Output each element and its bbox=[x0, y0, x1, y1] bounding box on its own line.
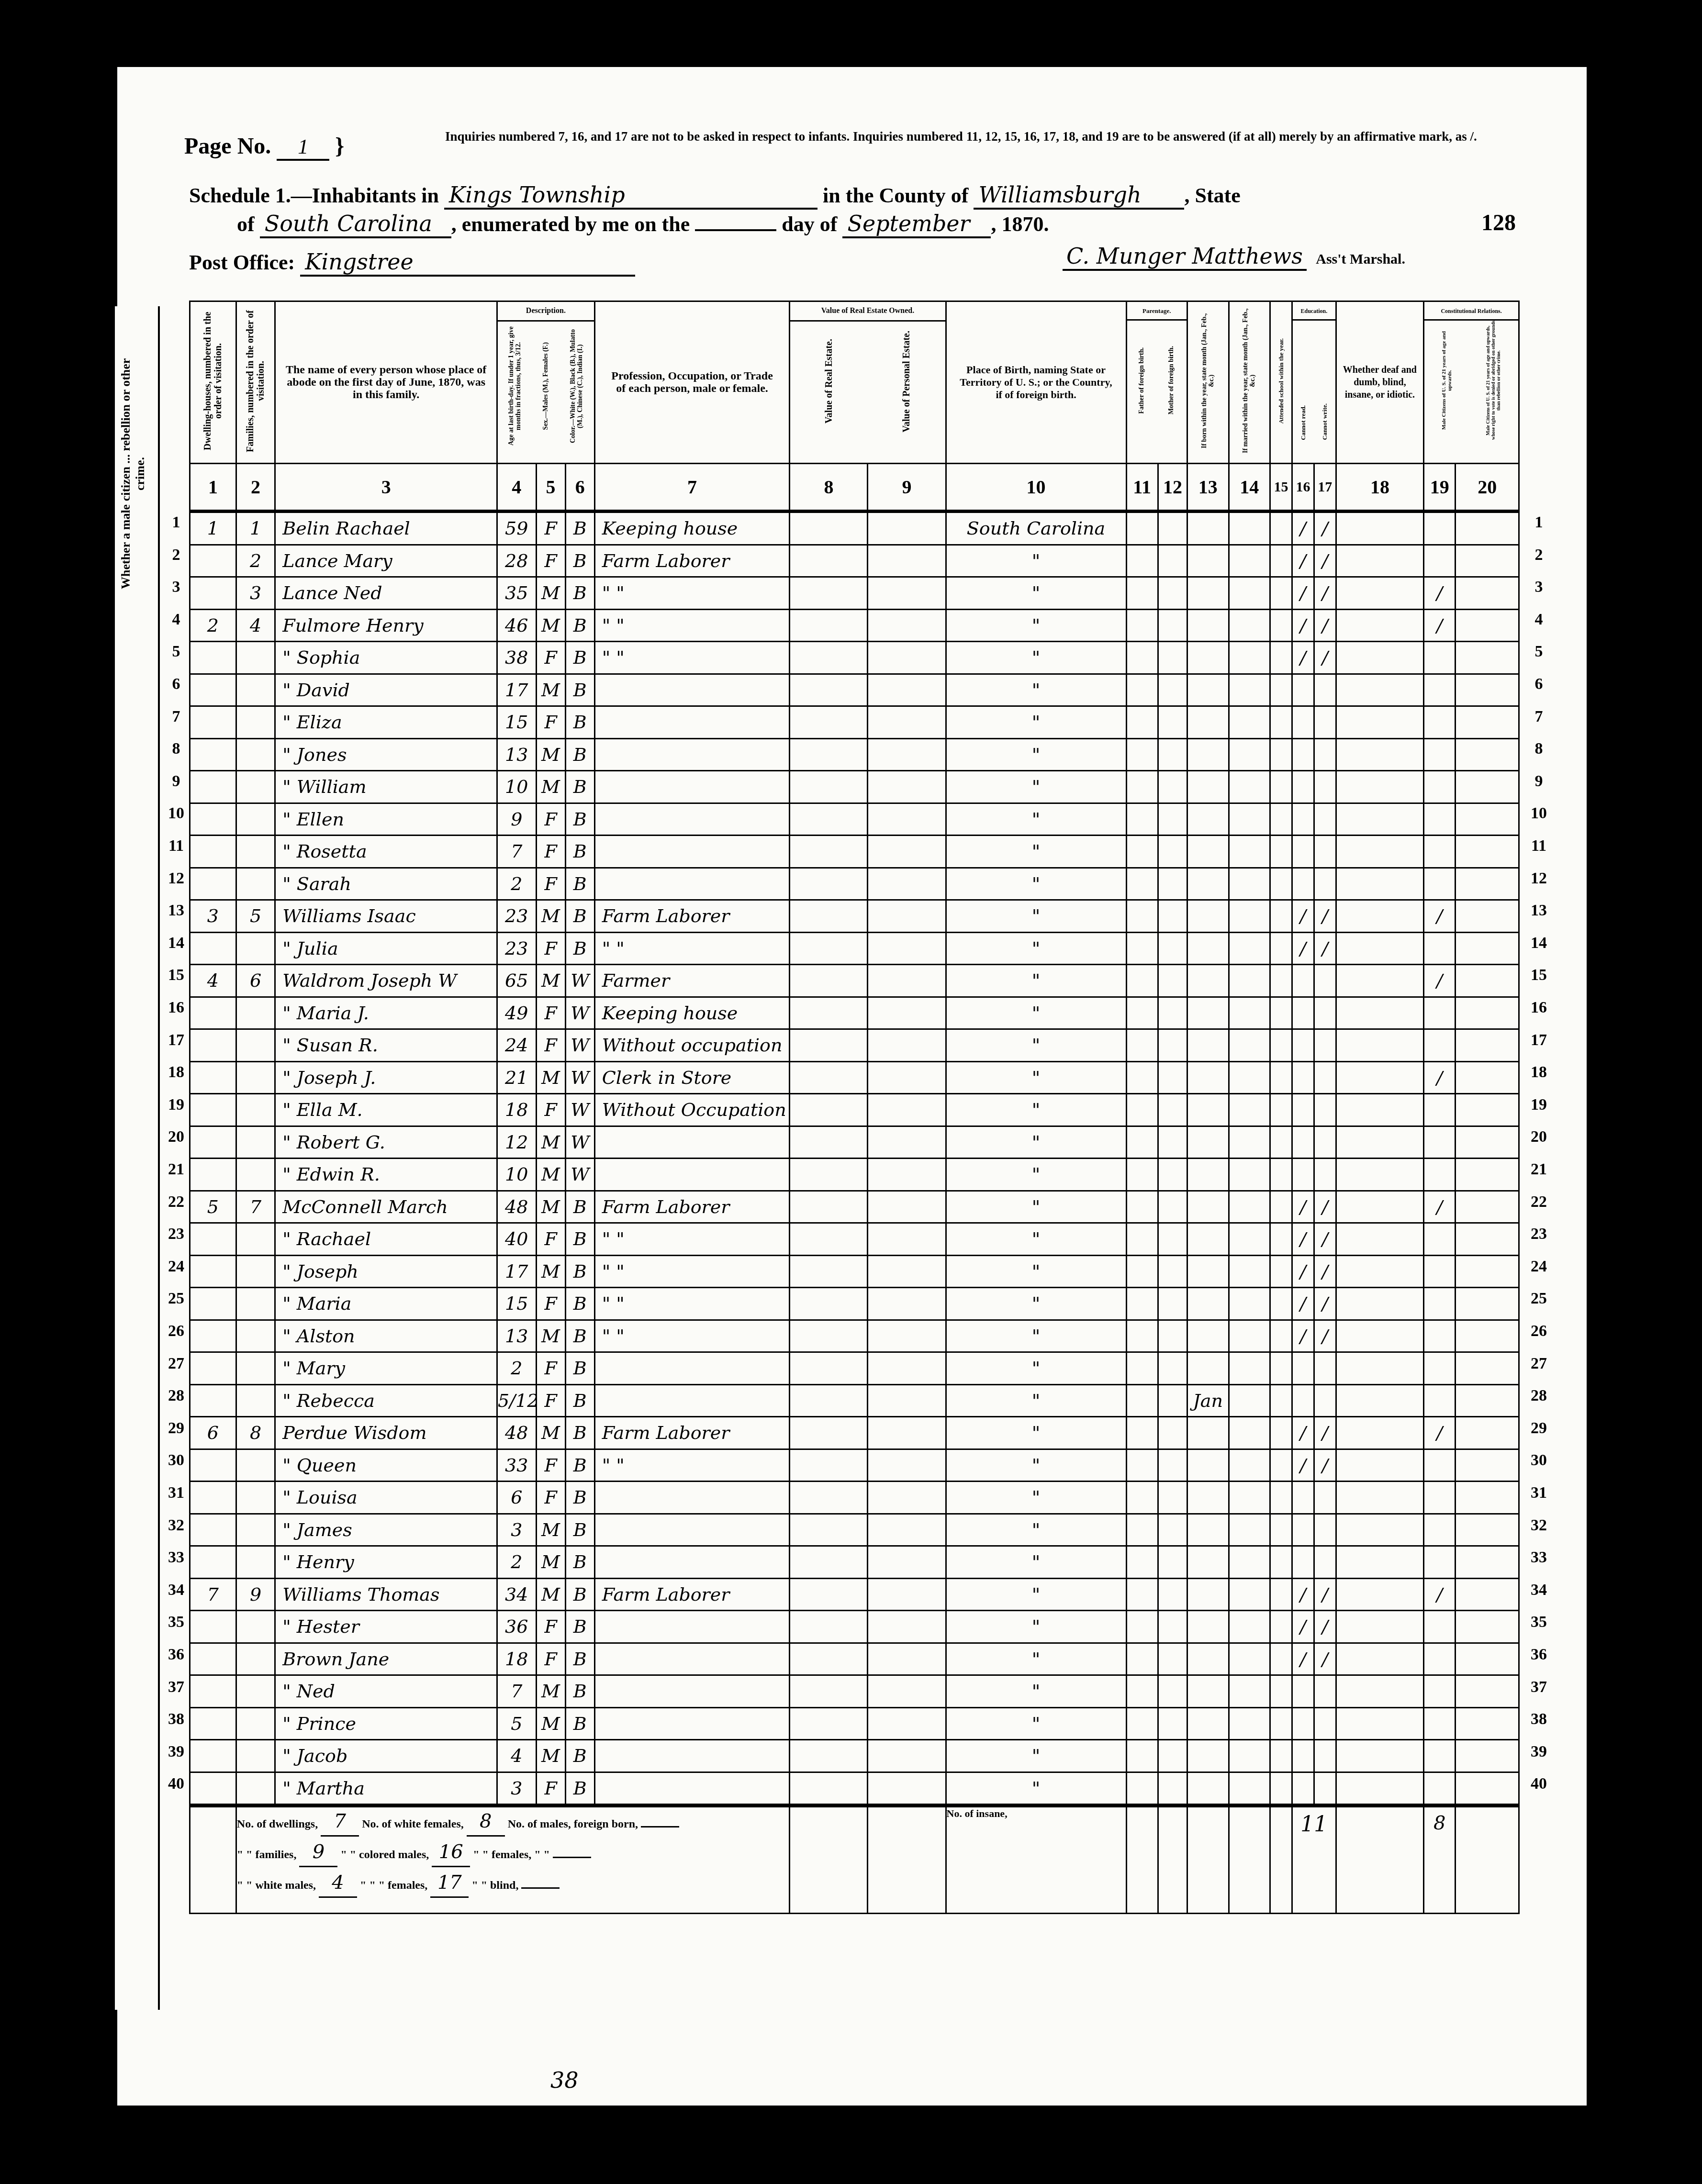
attended-school bbox=[1270, 965, 1292, 997]
father-foreign bbox=[1126, 738, 1158, 771]
census-row: Brown Jane18FB"// bbox=[190, 1643, 1519, 1675]
attended-school bbox=[1270, 1707, 1292, 1740]
father-foreign bbox=[1126, 1191, 1158, 1223]
occupation bbox=[594, 1707, 790, 1740]
mother-foreign bbox=[1158, 836, 1187, 868]
line-number: 33 bbox=[162, 1549, 190, 1567]
occupation: " " bbox=[594, 642, 790, 674]
sex: M bbox=[536, 1255, 565, 1288]
real-estate-value bbox=[790, 642, 868, 674]
married-within-year bbox=[1229, 1514, 1270, 1546]
line-number: 25 bbox=[1524, 1290, 1553, 1308]
born-within-year bbox=[1187, 1061, 1229, 1094]
month-field: September bbox=[842, 211, 991, 238]
born-within-year bbox=[1187, 545, 1229, 577]
line-number: 34 bbox=[162, 1581, 190, 1599]
schedule-line: Schedule 1.—Inhabitants in Kings Townshi… bbox=[189, 182, 1241, 210]
census-row: 11Belin Rachael59FBKeeping houseSouth Ca… bbox=[190, 512, 1519, 545]
father-foreign bbox=[1126, 997, 1158, 1029]
census-row: " James3MB" bbox=[190, 1514, 1519, 1546]
census-row: " Hester36FB"// bbox=[190, 1611, 1519, 1643]
male-citizen bbox=[1424, 738, 1456, 771]
sex: M bbox=[536, 1159, 565, 1191]
census-row: " Martha3FB" bbox=[190, 1772, 1519, 1805]
cannot-read: / bbox=[1292, 545, 1314, 577]
personal-estate-value bbox=[868, 674, 946, 706]
married-within-year bbox=[1229, 965, 1270, 997]
sex: F bbox=[536, 1384, 565, 1417]
father-foreign bbox=[1126, 1255, 1158, 1288]
family-number bbox=[236, 803, 275, 836]
birthplace: " bbox=[946, 1255, 1126, 1288]
day-of-label: day of bbox=[782, 212, 837, 236]
line-number: 29 bbox=[162, 1419, 190, 1437]
vote-denied bbox=[1456, 932, 1519, 965]
born-within-year bbox=[1187, 932, 1229, 965]
real-estate-value bbox=[790, 1384, 868, 1417]
real-estate-value bbox=[790, 900, 868, 933]
sex: M bbox=[536, 1061, 565, 1094]
line-number: 36 bbox=[1524, 1646, 1553, 1664]
person-name: " Julia bbox=[275, 932, 497, 965]
real-estate-value bbox=[790, 1191, 868, 1223]
real-estate-value bbox=[790, 1643, 868, 1675]
color: B bbox=[565, 1352, 594, 1385]
cannot-read bbox=[1292, 1126, 1314, 1159]
cannot-write: / bbox=[1314, 642, 1336, 674]
real-estate-value bbox=[790, 577, 868, 610]
occupation: Keeping house bbox=[594, 997, 790, 1029]
cannot-write bbox=[1314, 1126, 1336, 1159]
dwelling-number bbox=[190, 932, 236, 965]
occupation: Without occupation bbox=[594, 1029, 790, 1062]
col-header-6: Color.—White (W.), Black (B.), Mulatto (… bbox=[570, 322, 584, 451]
male-citizen bbox=[1424, 1482, 1456, 1514]
born-within-year bbox=[1187, 1320, 1229, 1352]
sex: F bbox=[536, 1223, 565, 1256]
disability bbox=[1336, 1061, 1423, 1094]
disability bbox=[1336, 900, 1423, 933]
mother-foreign bbox=[1158, 803, 1187, 836]
census-row: " Queen33FB" ""// bbox=[190, 1449, 1519, 1482]
mother-foreign bbox=[1158, 1546, 1187, 1579]
of-label: of bbox=[237, 212, 255, 236]
line-number: 17 bbox=[162, 1031, 190, 1049]
personal-estate-value bbox=[868, 1094, 946, 1126]
married-within-year bbox=[1229, 1740, 1270, 1772]
age: 24 bbox=[497, 1029, 536, 1062]
cannot-write bbox=[1314, 1352, 1336, 1385]
line-number: 12 bbox=[1524, 869, 1553, 888]
personal-estate-value bbox=[868, 1384, 946, 1417]
personal-estate-value bbox=[868, 1029, 946, 1062]
mother-foreign bbox=[1158, 1643, 1187, 1675]
mother-foreign bbox=[1158, 1611, 1187, 1643]
male-citizen bbox=[1424, 1126, 1456, 1159]
cannot-write bbox=[1314, 965, 1336, 997]
birthplace: " bbox=[946, 1740, 1126, 1772]
vote-denied bbox=[1456, 1126, 1519, 1159]
sex: M bbox=[536, 771, 565, 803]
occupation: Farm Laborer bbox=[594, 1578, 790, 1611]
cannot-write: / bbox=[1314, 1320, 1336, 1352]
personal-estate-value bbox=[868, 1320, 946, 1352]
cannot-read: / bbox=[1292, 1449, 1314, 1482]
census-row: 35Williams Isaac23MBFarm Laborer"/// bbox=[190, 900, 1519, 933]
col-header-14: If married within the year, state month … bbox=[1229, 301, 1270, 464]
family-number: 3 bbox=[236, 577, 275, 610]
color: B bbox=[565, 868, 594, 900]
color: B bbox=[565, 609, 594, 642]
disability bbox=[1336, 642, 1423, 674]
sex: M bbox=[536, 1126, 565, 1159]
disability bbox=[1336, 1772, 1423, 1805]
line-number: 20 bbox=[162, 1128, 190, 1146]
census-row: " Henry2MB" bbox=[190, 1546, 1519, 1579]
occupation bbox=[594, 1126, 790, 1159]
male-citizen bbox=[1424, 1159, 1456, 1191]
birthplace: " bbox=[946, 1611, 1126, 1643]
cannot-read: / bbox=[1292, 642, 1314, 674]
attended-school bbox=[1270, 932, 1292, 965]
attended-school bbox=[1270, 1643, 1292, 1675]
birthplace: " bbox=[946, 1191, 1126, 1223]
person-name: " Prince bbox=[275, 1707, 497, 1740]
color: W bbox=[565, 1126, 594, 1159]
census-row: " Jacob4MB" bbox=[190, 1740, 1519, 1772]
col-header-19: Male Citizens of U. S. of 21 years of ag… bbox=[1441, 321, 1453, 440]
sex: F bbox=[536, 642, 565, 674]
color: B bbox=[565, 642, 594, 674]
census-row: " Jones13MB" bbox=[190, 738, 1519, 771]
birthplace: " bbox=[946, 609, 1126, 642]
census-row: " William10MB" bbox=[190, 771, 1519, 803]
age: 18 bbox=[497, 1643, 536, 1675]
father-foreign bbox=[1126, 1643, 1158, 1675]
census-row: " Alston13MB" ""// bbox=[190, 1320, 1519, 1352]
real-estate-value bbox=[790, 803, 868, 836]
line-number: 18 bbox=[162, 1063, 190, 1081]
family-number: 2 bbox=[236, 545, 275, 577]
summary-row: No. of dwellings, 7 No. of white females… bbox=[190, 1805, 1519, 1914]
born-within-year bbox=[1187, 706, 1229, 739]
disability bbox=[1336, 1482, 1423, 1514]
cannot-write: / bbox=[1314, 1578, 1336, 1611]
line-number: 7 bbox=[162, 708, 190, 726]
personal-estate-value bbox=[868, 1546, 946, 1579]
family-number bbox=[236, 1707, 275, 1740]
cannot-write: / bbox=[1314, 1223, 1336, 1256]
father-foreign bbox=[1126, 1449, 1158, 1482]
cannot-read: / bbox=[1292, 577, 1314, 610]
line-number: 29 bbox=[1524, 1419, 1553, 1437]
attended-school bbox=[1270, 1029, 1292, 1062]
cannot-read-write-tally: 11 bbox=[1292, 1805, 1336, 1914]
birthplace: " bbox=[946, 674, 1126, 706]
father-foreign bbox=[1126, 1061, 1158, 1094]
color: B bbox=[565, 1578, 594, 1611]
page-number: Page No. 1 } bbox=[184, 133, 344, 161]
born-within-year bbox=[1187, 1546, 1229, 1579]
family-number bbox=[236, 1029, 275, 1062]
family-number: 9 bbox=[236, 1578, 275, 1611]
born-within-year bbox=[1187, 738, 1229, 771]
cannot-read bbox=[1292, 1482, 1314, 1514]
dwelling-number: 1 bbox=[190, 512, 236, 545]
dwelling-number bbox=[190, 1288, 236, 1320]
person-name: McConnell March bbox=[275, 1191, 497, 1223]
vote-denied bbox=[1456, 1482, 1519, 1514]
birthplace: " bbox=[946, 738, 1126, 771]
personal-estate-value bbox=[868, 1772, 946, 1805]
age: 5/12 bbox=[497, 1384, 536, 1417]
born-within-year bbox=[1187, 1449, 1229, 1482]
person-name: " Mary bbox=[275, 1352, 497, 1385]
mother-foreign bbox=[1158, 577, 1187, 610]
married-within-year bbox=[1229, 1578, 1270, 1611]
father-foreign bbox=[1126, 932, 1158, 965]
birthplace: " bbox=[946, 706, 1126, 739]
mother-foreign bbox=[1158, 1159, 1187, 1191]
real-estate-value bbox=[790, 1772, 868, 1805]
real-estate-value bbox=[790, 1514, 868, 1546]
margin-column-label: Whether a male citizen ... rebellion or … bbox=[119, 349, 147, 598]
cannot-read: / bbox=[1292, 1611, 1314, 1643]
line-number: 15 bbox=[1524, 966, 1553, 984]
person-name: " Rosetta bbox=[275, 836, 497, 868]
attended-school bbox=[1270, 900, 1292, 933]
cannot-write bbox=[1314, 836, 1336, 868]
born-within-year bbox=[1187, 771, 1229, 803]
census-row: " Mary2FB" bbox=[190, 1352, 1519, 1385]
sex: F bbox=[536, 1482, 565, 1514]
vote-denied bbox=[1456, 836, 1519, 868]
mother-foreign bbox=[1158, 545, 1187, 577]
disability bbox=[1336, 1288, 1423, 1320]
disability bbox=[1336, 512, 1423, 545]
dwelling-number: 6 bbox=[190, 1417, 236, 1449]
occupation: Clerk in Store bbox=[594, 1061, 790, 1094]
col-header-8: Value of Real Estate. bbox=[824, 339, 834, 423]
born-within-year bbox=[1187, 674, 1229, 706]
occupation: " " bbox=[594, 577, 790, 610]
birthplace: " bbox=[946, 868, 1126, 900]
cannot-write bbox=[1314, 1029, 1336, 1062]
census-row: " Edwin R.10MW" bbox=[190, 1159, 1519, 1191]
cannot-read bbox=[1292, 1159, 1314, 1191]
born-within-year bbox=[1187, 609, 1229, 642]
family-number bbox=[236, 1611, 275, 1643]
cannot-write bbox=[1314, 706, 1336, 739]
cannot-write bbox=[1314, 1772, 1336, 1805]
mother-foreign bbox=[1158, 932, 1187, 965]
census-table: Dwelling-houses, numbered in the order o… bbox=[189, 301, 1520, 1914]
dwelling-number bbox=[190, 1740, 236, 1772]
vote-denied bbox=[1456, 1772, 1519, 1805]
age: 7 bbox=[497, 1675, 536, 1708]
county-label: in the County of bbox=[823, 184, 968, 207]
cannot-read: / bbox=[1292, 1417, 1314, 1449]
assistant-marshal: C. Munger Matthews Ass't Marshal. bbox=[1063, 243, 1405, 269]
vote-denied bbox=[1456, 512, 1519, 545]
occupation bbox=[594, 1772, 790, 1805]
mother-foreign bbox=[1158, 706, 1187, 739]
dwellings-count: 7 bbox=[321, 1807, 359, 1837]
personal-estate-value bbox=[868, 1449, 946, 1482]
male-citizen bbox=[1424, 1255, 1456, 1288]
line-number: 25 bbox=[162, 1290, 190, 1308]
vote-denied bbox=[1456, 1159, 1519, 1191]
mother-foreign bbox=[1158, 997, 1187, 1029]
attended-school bbox=[1270, 771, 1292, 803]
sex: M bbox=[536, 1417, 565, 1449]
birthplace: " bbox=[946, 1126, 1126, 1159]
disability bbox=[1336, 1611, 1423, 1643]
mother-foreign bbox=[1158, 900, 1187, 933]
line-number: 38 bbox=[1524, 1710, 1553, 1728]
disability bbox=[1336, 771, 1423, 803]
male-citizen: / bbox=[1424, 609, 1456, 642]
census-row: " Ella M.18FWWithout Occupation" bbox=[190, 1094, 1519, 1126]
line-number: 26 bbox=[1524, 1322, 1553, 1340]
born-within-year bbox=[1187, 868, 1229, 900]
personal-estate-value bbox=[868, 836, 946, 868]
census-row: " Maria J.49FWKeeping house" bbox=[190, 997, 1519, 1029]
father-foreign bbox=[1126, 771, 1158, 803]
dwelling-number: 2 bbox=[190, 609, 236, 642]
line-number: 32 bbox=[1524, 1516, 1553, 1535]
family-number: 7 bbox=[236, 1191, 275, 1223]
families-count: 9 bbox=[299, 1838, 337, 1867]
disability bbox=[1336, 577, 1423, 610]
mother-foreign bbox=[1158, 1578, 1187, 1611]
cannot-read bbox=[1292, 1546, 1314, 1579]
description-group: Description. Age at last birth-day. If u… bbox=[497, 301, 594, 464]
personal-estate-value bbox=[868, 1126, 946, 1159]
sex: M bbox=[536, 1707, 565, 1740]
attended-school bbox=[1270, 1482, 1292, 1514]
occupation bbox=[594, 836, 790, 868]
dwelling-number bbox=[190, 1126, 236, 1159]
real-estate-group: Value of Real Estate Owned. Value of Rea… bbox=[790, 301, 946, 464]
real-estate-value bbox=[790, 1352, 868, 1385]
color: B bbox=[565, 706, 594, 739]
vote-denied bbox=[1456, 1546, 1519, 1579]
line-number: 27 bbox=[1524, 1355, 1553, 1373]
cannot-write bbox=[1314, 674, 1336, 706]
mother-foreign bbox=[1158, 1191, 1187, 1223]
person-name: " Martha bbox=[275, 1772, 497, 1805]
birthplace: " bbox=[946, 1061, 1126, 1094]
line-number: 13 bbox=[1524, 902, 1553, 920]
line-number: 36 bbox=[162, 1646, 190, 1664]
cannot-write: / bbox=[1314, 1449, 1336, 1482]
line-number: 12 bbox=[162, 869, 190, 888]
male-citizen bbox=[1424, 1707, 1456, 1740]
mother-foreign bbox=[1158, 1449, 1187, 1482]
sex: F bbox=[536, 1449, 565, 1482]
birthplace: " bbox=[946, 1482, 1126, 1514]
person-name: " Louisa bbox=[275, 1482, 497, 1514]
father-foreign bbox=[1126, 1675, 1158, 1708]
family-number bbox=[236, 1772, 275, 1805]
vote-denied bbox=[1456, 577, 1519, 610]
age: 6 bbox=[497, 1482, 536, 1514]
birthplace: South Carolina bbox=[946, 512, 1126, 545]
color: W bbox=[565, 1159, 594, 1191]
person-name: " Queen bbox=[275, 1449, 497, 1482]
census-row: " Robert G.12MW" bbox=[190, 1126, 1519, 1159]
attended-school bbox=[1270, 1514, 1292, 1546]
real-estate-value bbox=[790, 1029, 868, 1062]
married-within-year bbox=[1229, 1417, 1270, 1449]
vote-denied bbox=[1456, 674, 1519, 706]
male-citizen bbox=[1424, 836, 1456, 868]
personal-estate-value bbox=[868, 1707, 946, 1740]
attended-school bbox=[1270, 868, 1292, 900]
person-name: " Rachael bbox=[275, 1223, 497, 1256]
color: W bbox=[565, 1061, 594, 1094]
day-field bbox=[695, 229, 776, 231]
father-foreign bbox=[1126, 1159, 1158, 1191]
person-name: " Alston bbox=[275, 1320, 497, 1352]
father-foreign bbox=[1126, 1546, 1158, 1579]
attended-school bbox=[1270, 836, 1292, 868]
male-citizen bbox=[1424, 642, 1456, 674]
personal-estate-value bbox=[868, 803, 946, 836]
cannot-write bbox=[1314, 1675, 1336, 1708]
married-within-year bbox=[1229, 1191, 1270, 1223]
real-estate-value bbox=[790, 1288, 868, 1320]
dwelling-number bbox=[190, 1255, 236, 1288]
attended-school bbox=[1270, 512, 1292, 545]
married-within-year bbox=[1229, 1061, 1270, 1094]
line-number: 3 bbox=[1524, 578, 1553, 596]
color: B bbox=[565, 1514, 594, 1546]
occupation bbox=[594, 1482, 790, 1514]
sex: M bbox=[536, 577, 565, 610]
male-citizen bbox=[1424, 1740, 1456, 1772]
disability bbox=[1336, 1384, 1423, 1417]
dwelling-number bbox=[190, 1707, 236, 1740]
cannot-write bbox=[1314, 738, 1336, 771]
birthplace: " bbox=[946, 997, 1126, 1029]
line-number: 30 bbox=[1524, 1451, 1553, 1470]
person-name: " Sarah bbox=[275, 868, 497, 900]
color: B bbox=[565, 1449, 594, 1482]
male-citizen bbox=[1424, 932, 1456, 965]
person-name: " Susan R. bbox=[275, 1029, 497, 1062]
father-foreign bbox=[1126, 803, 1158, 836]
mother-foreign bbox=[1158, 965, 1187, 997]
cannot-write bbox=[1314, 997, 1336, 1029]
col-header-1: Dwelling-houses, numbered in the order o… bbox=[190, 301, 236, 464]
marshal-signature: C. Munger Matthews bbox=[1063, 243, 1307, 271]
person-name: Lance Ned bbox=[275, 577, 497, 610]
male-citizen bbox=[1424, 674, 1456, 706]
age: 2 bbox=[497, 1352, 536, 1385]
occupation bbox=[594, 1611, 790, 1643]
color: B bbox=[565, 512, 594, 545]
mother-foreign bbox=[1158, 1772, 1187, 1805]
line-number: 26 bbox=[162, 1322, 190, 1340]
sex: M bbox=[536, 1514, 565, 1546]
sex: M bbox=[536, 1191, 565, 1223]
colored-females-count: 17 bbox=[430, 1869, 469, 1898]
dwelling-number bbox=[190, 706, 236, 739]
cannot-read bbox=[1292, 1707, 1314, 1740]
sex: M bbox=[536, 1578, 565, 1611]
